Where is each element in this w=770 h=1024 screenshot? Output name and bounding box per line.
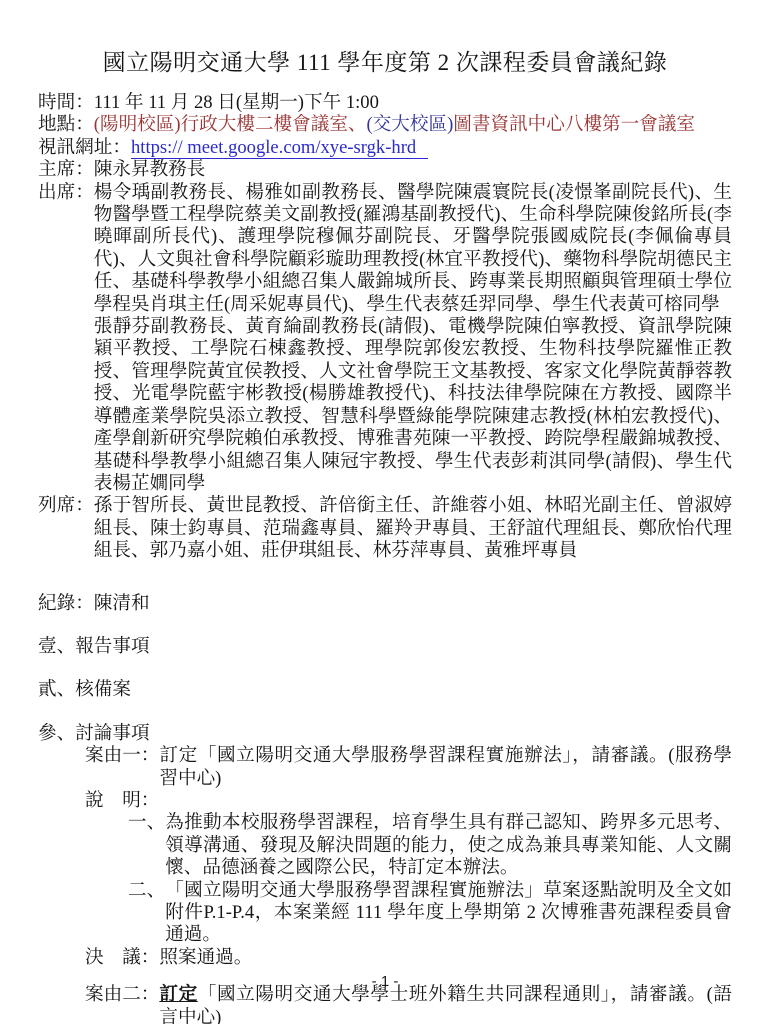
observers-label: 列席： [38,495,94,517]
venue-chiaotung: 圖書資訊中心八樓第一會議室 [453,114,695,135]
case1-proposal: 訂定「國立陽明交通大學服務學習課程實施辦法」，請審議。(服務學習中心) [159,745,732,790]
time-line: 時間： 111 年 11 月 28 日(星期一)下午 1:00 [38,92,732,114]
case2-proposal: 「國立陽明交通大學學士班外籍生共同課程通則」，請審議。(語言中心) [159,984,732,1024]
chair-value: 陳永昇教務長 [94,159,732,181]
recorder-line: 紀錄： 陳清和 [38,593,732,615]
case2-proposal-line: 訂定「國立陽明交通大學學士班外籍生共同課程通則」，請審議。(語言中心) [159,984,732,1024]
campus-chiaotung: (交大校區) [367,114,454,135]
section-discussion: 參、討論事項 [38,723,732,745]
section-approval: 貳、核備案 [38,679,732,701]
case1-resolution-row: 決 議： 照案通過。 [85,947,732,969]
resolution-value: 照案通過。 [159,947,732,969]
campus-yangming: (陽明校區) [94,114,181,135]
time-value: 111 年 11 月 28 日(星期一)下午 1:00 [94,92,732,114]
video-line: 視訊網址： https:// meet.google.com/xye-srgk-… [38,137,732,159]
section-report: 壹、報告事項 [38,636,732,658]
document-body: 時間： 111 年 11 月 28 日(星期一)下午 1:00 地點： (陽明校… [38,92,732,1024]
present-label: 出席： [38,182,94,204]
venue-yangming: 行政大樓二樓會議室、 [181,114,367,135]
item2-text: 「國立陽明交通大學服務學習課程實施辦法」草案逐點說明及全文如附件P.1-P.4，… [165,880,732,947]
resolution-label: 決 議： [85,947,159,969]
case2-row: 案由二： 訂定「國立陽明交通大學學士班外籍生共同課程通則」，請審議。(語言中心) [85,984,732,1024]
case1-row: 案由一： 訂定「國立陽明交通大學服務學習課程實施辦法」，請審議。(服務學習中心) [85,745,732,790]
observers-block: 列席： 孫于智所長、黃世昆教授、許倍銜主任、許維蓉小姐、林昭光副主任、曾淑婷組長… [38,495,732,562]
location-label: 地點： [38,114,94,136]
chair-line: 主席： 陳永昇教務長 [38,159,732,181]
location-line: 地點： (陽明校區)行政大樓二樓會議室、(交大校區)圖書資訊中心八樓第一會議室 [38,114,732,136]
recorder-label: 紀錄： [38,593,94,615]
chair-label: 主席： [38,159,94,181]
item2-number: 二、 [128,880,165,902]
document-page: 國立陽明交通大學 111 學年度第 2 次課程委員會議紀錄 時間： 111 年 … [0,0,770,1024]
case1-explanation-row: 說 明： [85,790,732,812]
present-block: 出席： 楊令瑀副教務長、楊雅如副教務長、醫學院陳震寰院長(凌憬峯副院長代)、生物… [38,182,732,496]
explanation-label: 說 明： [85,790,159,812]
case1-label: 案由一： [85,745,159,767]
item1-text: 為推動本校服務學習課程，培育學生具有群己認知、跨界多元思考、領導溝通、發現及解決… [165,812,732,879]
observers-value: 孫于智所長、黃世昆教授、許倍銜主任、許維蓉小姐、林昭光副主任、曾淑婷組長、陳士鈞… [94,495,732,562]
location-value: (陽明校區)行政大樓二樓會議室、(交大校區)圖書資訊中心八樓第一會議室 [94,114,732,136]
page-title: 國立陽明交通大學 111 學年度第 2 次課程委員會議紀錄 [38,44,732,77]
video-label: 視訊網址： [38,137,131,159]
case1-items: 一、 為推動本校服務學習課程，培育學生具有群己認知、跨界多元思考、領導溝通、發現… [128,812,732,946]
case1-item-1: 一、 為推動本校服務學習課程，培育學生具有群己認知、跨界多元思考、領導溝通、發現… [128,812,732,879]
present-group-2: 張靜芬副教務長、黃育綸副教務長(請假)、電機學院陳伯寧教授、資訊學院陳穎平教授、… [94,316,732,495]
meeting-url-link[interactable]: https:// meet.google.com/xye-srgk-hrd [131,137,428,159]
present-group-1: 楊令瑀副教務長、楊雅如副教務長、醫學院陳震寰院長(凌憬峯副院長代)、生物醫學暨工… [94,182,732,316]
page-number: - 1 - [0,973,770,990]
item1-number: 一、 [128,812,165,834]
case1-item-2: 二、 「國立陽明交通大學服務學習課程實施辦法」草案逐點說明及全文如附件P.1-P… [128,880,732,947]
recorder-value: 陳清和 [94,593,732,615]
time-label: 時間： [38,92,94,114]
